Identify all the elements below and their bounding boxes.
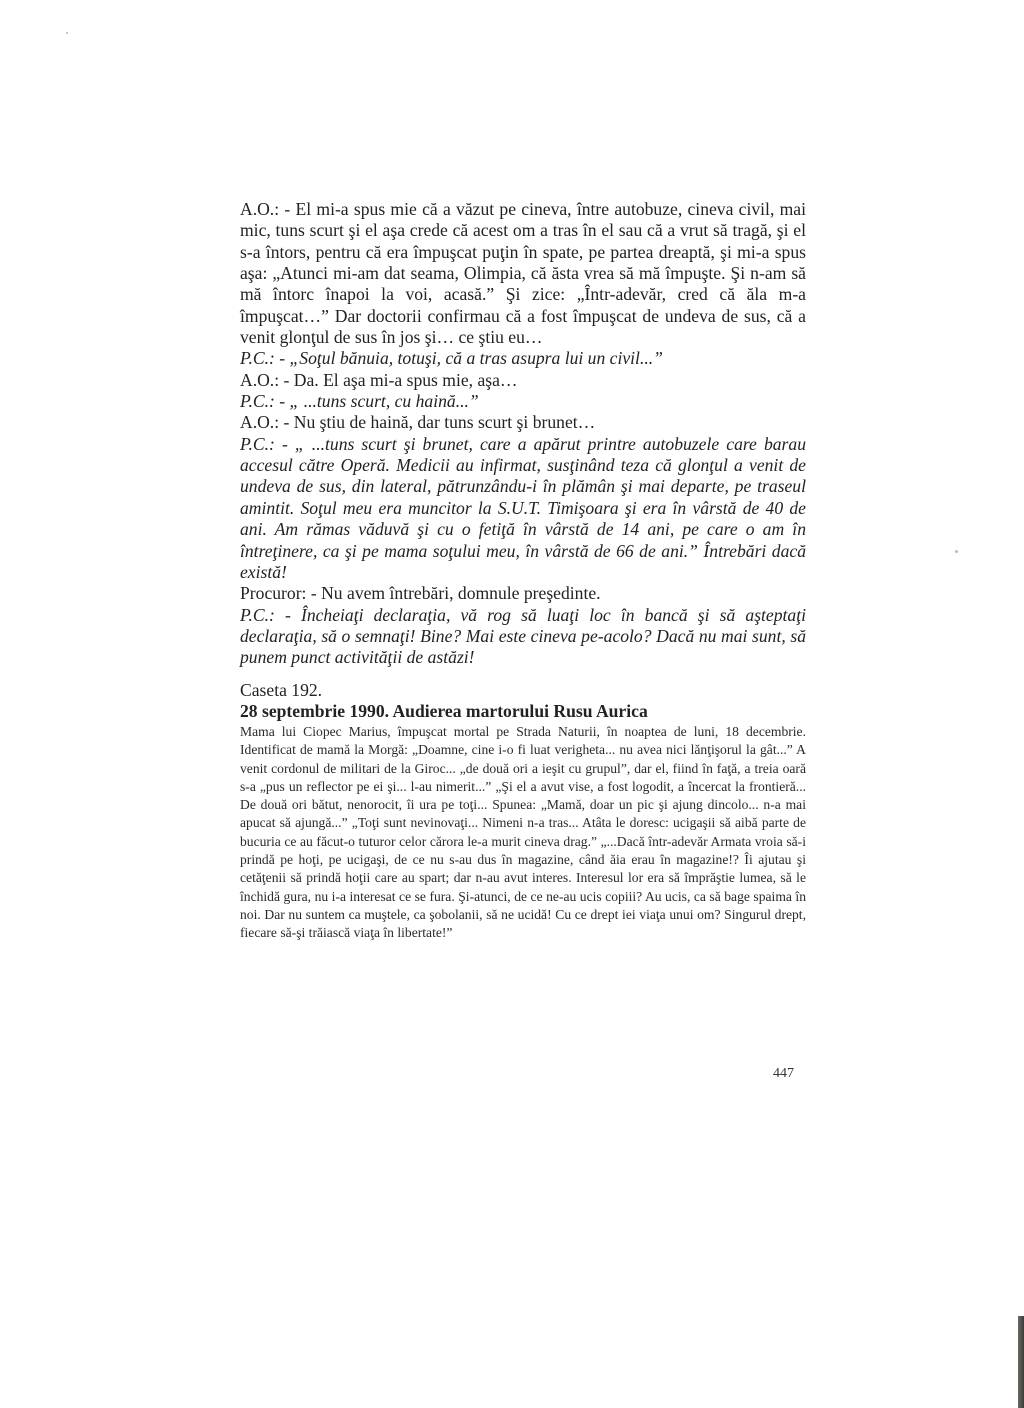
- transcript-paragraph-pc: P.C.: - Încheiaţi declaraţia, vă rog să …: [240, 605, 806, 669]
- scan-speck: [66, 32, 68, 34]
- page-number: 447: [773, 1066, 794, 1082]
- caseta-section: Caseta 192. 28 septembrie 1990. Audierea…: [240, 680, 806, 943]
- court-transcript: A.O.: - El mi-a spus mie că a văzut pe c…: [240, 199, 806, 669]
- transcript-paragraph-pc: P.C.: - „Soţul bănuia, totuşi, că a tras…: [240, 348, 806, 369]
- transcript-paragraph-ao: A.O.: - Nu ştiu de haină, dar tuns scurt…: [240, 412, 806, 433]
- scan-edge-shadow: [1018, 1316, 1024, 1408]
- caseta-label: Caseta 192.: [240, 680, 806, 701]
- transcript-paragraph-ao: A.O.: - El mi-a spus mie că a văzut pe c…: [240, 199, 806, 348]
- transcript-paragraph-ao: A.O.: - Da. El aşa mi-a spus mie, aşa…: [240, 370, 806, 391]
- caseta-title: 28 septembrie 1990. Audierea martorului …: [240, 701, 806, 722]
- caseta-body: Mama lui Ciopec Marius, împuşcat mortal …: [240, 723, 806, 943]
- transcript-paragraph-procuror: Procuror: - Nu avem întrebări, domnule p…: [240, 583, 806, 604]
- transcript-paragraph-pc: P.C.: - „ ...tuns scurt şi brunet, care …: [240, 434, 806, 583]
- scan-speck: [955, 550, 958, 553]
- transcript-paragraph-pc: P.C.: - „ ...tuns scurt, cu haină...”: [240, 391, 806, 412]
